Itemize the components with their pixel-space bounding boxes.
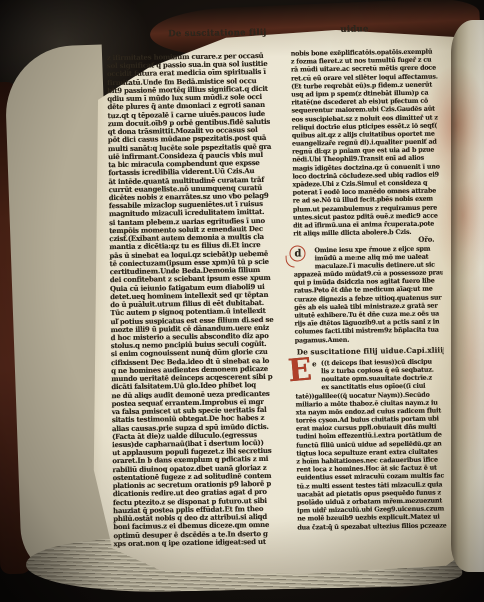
prayer-text-block: appazeā mūdo mūdat9.cū a possessoze prau… [294,269,444,345]
initial-guide-letter: d [294,248,301,260]
chapter-text-block: tatē))galilee((q̄ uocatur Naym)).Secūdom… [295,390,446,531]
text-line: pagamus.Amen. [295,334,444,344]
text-line: xps orat.non q ipe ozatione idigeat:sed … [113,537,295,548]
running-header-left: De suscitatione filij [146,28,288,40]
chapter-indented-block: ((t deīceps ibat iesus))cū discipulis z … [321,357,444,391]
chapter-heading: De suscitatione filij uidue.Capi.xliiij. [297,345,444,356]
rubric-initial-d: d [289,245,305,261]
chapter-initial-e: E [287,355,313,388]
column-text-block: nobis bone exēplificatōis.opatōis.exempl… [291,47,443,237]
running-header-right: uidue [340,24,368,34]
text-column-left: z ifirmitates hominum curare.z per occas… [107,52,296,549]
text-column-right: nobis bone exēplificatōis.opatōis.exempl… [291,47,447,531]
book-photo: De suscitatione filij uidue z ifirmitate… [0,0,484,602]
initial-guide-letter: e [312,359,316,368]
page-text: De suscitatione filij uidue z ifirmitate… [0,0,484,602]
text-line: dua čzat:q̄ ū spezabat ultezius filios p… [297,521,446,531]
prayer-indented-block: Omine iesu xpe řmoue z eijce spmimūdū a … [314,244,442,270]
